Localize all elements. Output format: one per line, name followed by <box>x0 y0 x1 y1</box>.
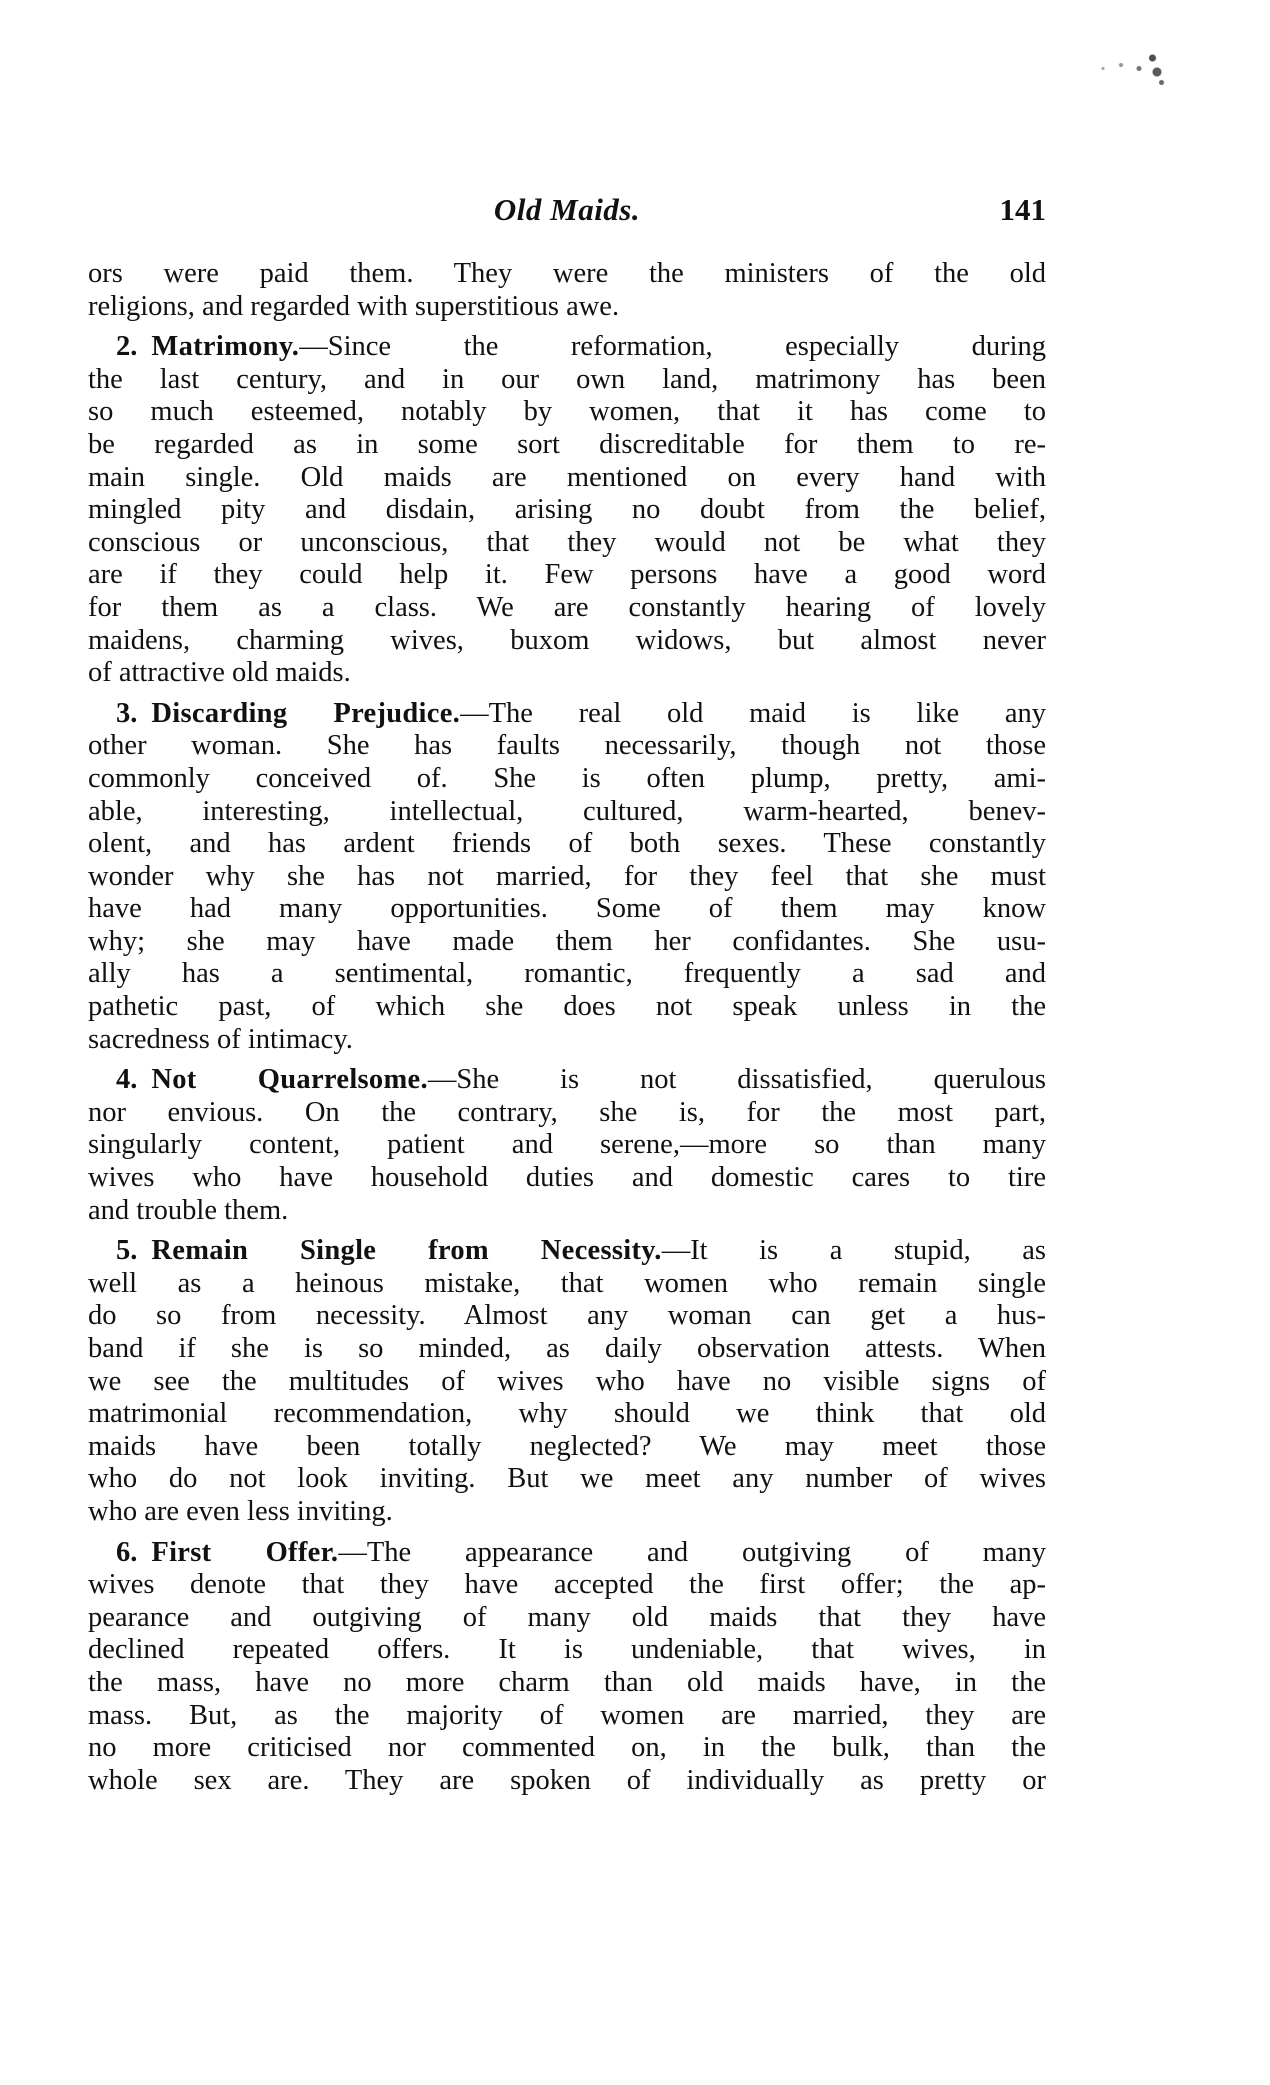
text-line: pathetic past, of which she does not spe… <box>88 991 1046 1024</box>
text-line: main single. Old maids are mentioned on … <box>88 462 1046 495</box>
paragraph-number: 3. <box>116 698 137 729</box>
page-number: 141 <box>1000 192 1047 228</box>
text-line: have had many opportunities. Some of the… <box>88 893 1046 926</box>
text-line: 3.Discarding Prejudice.—The real old mai… <box>88 698 1046 731</box>
text-line: wives who have household duties and dome… <box>88 1162 1046 1195</box>
text-line: of attractive old maids. <box>88 657 1046 690</box>
running-title: Old Maids. <box>88 192 1046 228</box>
text-line: ally has a sentimental, romantic, freque… <box>88 958 1046 991</box>
paragraph-first-offer: 6.First Offer.—The appearance and outgiv… <box>88 1537 1046 1798</box>
text-line: pearance and outgiving of many old maids… <box>88 1602 1046 1635</box>
text-line: well as a heinous mistake, that women wh… <box>88 1268 1046 1301</box>
text-line: why; she may have made them her confidan… <box>88 926 1046 959</box>
paragraph-number: 6. <box>116 1537 137 1568</box>
text-line: so much esteemed, notably by women, that… <box>88 396 1046 429</box>
paragraph-number: 4. <box>116 1064 137 1095</box>
text-line: maids have been totally neglected? We ma… <box>88 1431 1046 1464</box>
text-line: other woman. She has faults necessarily,… <box>88 730 1046 763</box>
text-run: —She is not dissatisfied, querulous <box>428 1064 1046 1095</box>
text-line: and trouble them. <box>88 1195 1046 1228</box>
text-line: ors were paid them. They were the minist… <box>88 258 1046 291</box>
text-line: matrimonial recommendation, why should w… <box>88 1398 1046 1431</box>
text-line: sacredness of intimacy. <box>88 1024 1046 1057</box>
text-line: mass. But, as the majority of women are … <box>88 1700 1046 1733</box>
text-line: olent, and has ardent friends of both se… <box>88 828 1046 861</box>
paragraph-heading: Not Quarrelsome. <box>151 1064 428 1095</box>
text-line: mingled pity and disdain, arising no dou… <box>88 494 1046 527</box>
paragraph-heading: Remain Single from Necessity. <box>151 1235 661 1266</box>
text-line: are if they could help it. Few persons h… <box>88 559 1046 592</box>
text-run: —The appearance and outgiving of many <box>338 1537 1046 1568</box>
paragraph-not-quarrelsome: 4.Not Quarrelsome.—She is not dissatisfi… <box>88 1064 1046 1227</box>
text-line: whole sex are. They are spoken of indivi… <box>88 1765 1046 1798</box>
text-line: the last century, and in our own land, m… <box>88 364 1046 397</box>
text-line: wives denote that they have accepted the… <box>88 1569 1046 1602</box>
text-line: maidens, charming wives, buxom widows, b… <box>88 625 1046 658</box>
text-line: wonder why she has not married, for they… <box>88 861 1046 894</box>
body-text: ors were paid them. They were the minist… <box>88 258 1046 1805</box>
text-line: the mass, have no more charm than old ma… <box>88 1667 1046 1700</box>
text-line: 2.Matrimony.—Since the reformation, espe… <box>88 331 1046 364</box>
text-line: do so from necessity. Almost any woman c… <box>88 1300 1046 1333</box>
text-line: able, interesting, intellectual, culture… <box>88 796 1046 829</box>
paragraph-continuation: ors were paid them. They were the minist… <box>88 258 1046 323</box>
text-line: conscious or unconscious, that they woul… <box>88 527 1046 560</box>
text-line: band if she is so minded, as daily obser… <box>88 1333 1046 1366</box>
text-line: 5.Remain Single from Necessity.—It is a … <box>88 1235 1046 1268</box>
text-line: commonly conceived of. She is often plum… <box>88 763 1046 796</box>
text-line: be regarded as in some sort discreditabl… <box>88 429 1046 462</box>
text-run: —It is a stupid, as <box>662 1235 1046 1266</box>
text-run: —The real old maid is like any <box>460 698 1046 729</box>
paragraph-remain-single: 5.Remain Single from Necessity.—It is a … <box>88 1235 1046 1528</box>
page-header: Old Maids. 141 <box>88 192 1046 232</box>
paragraph-number: 2. <box>116 331 137 362</box>
scan-artifact <box>1085 30 1175 100</box>
text-line: religions, and regarded with superstitio… <box>88 291 1046 324</box>
text-line: for them as a class. We are constantly h… <box>88 592 1046 625</box>
text-line: we see the multitudes of wives who have … <box>88 1366 1046 1399</box>
paragraph-heading: Matrimony. <box>151 331 299 362</box>
paragraph-discarding-prejudice: 3.Discarding Prejudice.—The real old mai… <box>88 698 1046 1057</box>
paragraph-heading: Discarding Prejudice. <box>151 698 460 729</box>
text-run: —Since the reformation, especially durin… <box>299 331 1046 362</box>
paragraph-number: 5. <box>116 1235 137 1266</box>
paragraph-matrimony: 2.Matrimony.—Since the reformation, espe… <box>88 331 1046 690</box>
text-line: no more criticised nor commented on, in … <box>88 1732 1046 1765</box>
paragraph-heading: First Offer. <box>151 1537 338 1568</box>
text-line: nor envious. On the contrary, she is, fo… <box>88 1097 1046 1130</box>
text-line: who do not look inviting. But we meet an… <box>88 1463 1046 1496</box>
text-line: who are even less inviting. <box>88 1496 1046 1529</box>
text-line: 6.First Offer.—The appearance and outgiv… <box>88 1537 1046 1570</box>
text-line: singularly content, patient and serene,—… <box>88 1129 1046 1162</box>
text-line: declined repeated offers. It is undeniab… <box>88 1634 1046 1667</box>
text-line: 4.Not Quarrelsome.—She is not dissatisfi… <box>88 1064 1046 1097</box>
